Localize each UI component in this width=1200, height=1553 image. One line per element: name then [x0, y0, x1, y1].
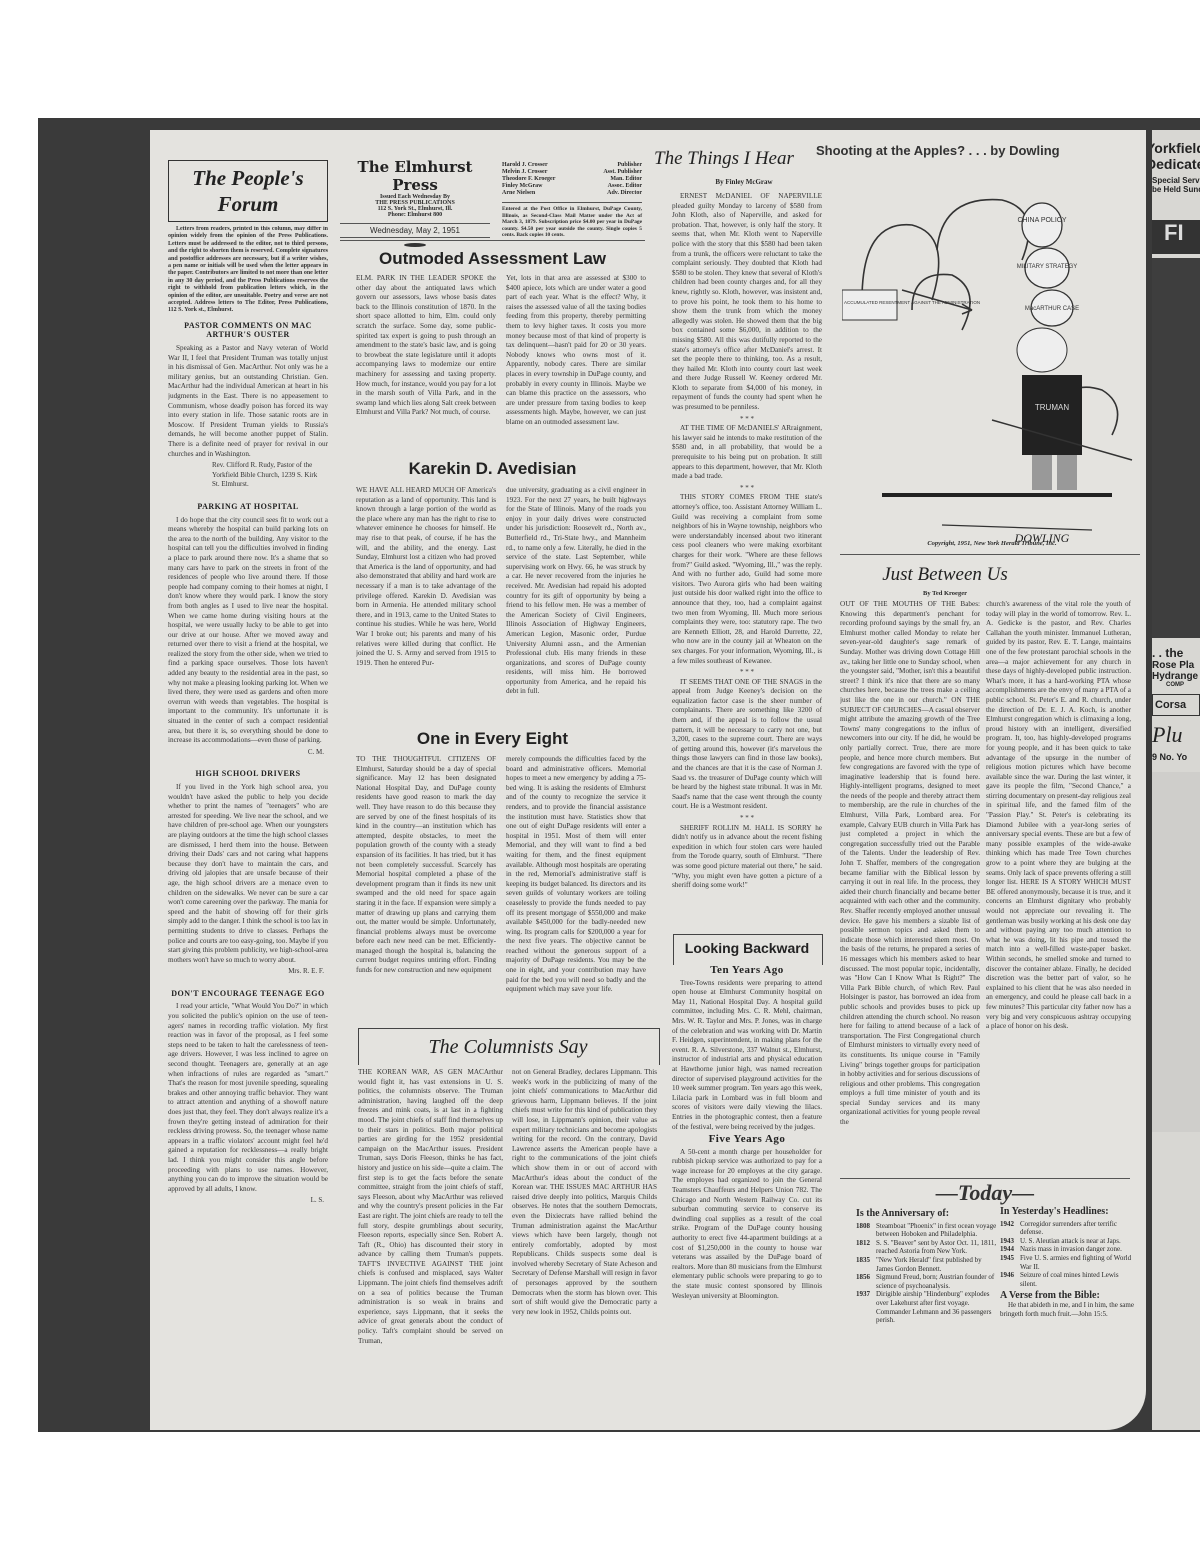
strip-ad-line: Rose Pla [1152, 660, 1200, 671]
staff-role: Publisher [617, 162, 642, 169]
headline-text: Nazis mass in invasion danger zone. [1020, 1245, 1122, 1254]
headlines-heading: In Yesterday's Headlines: [1000, 1208, 1135, 1217]
year: 1944 [1000, 1245, 1020, 1254]
things-i-hear-part5: SHERIFF ROLLIN M. HALL IS SORRY he didn'… [672, 824, 822, 891]
strip-photo [1152, 258, 1200, 638]
ten-years-body: Tree-Towns residents were preparing to a… [672, 979, 822, 1133]
cartoon-title: Shooting at the Apples? . . . by Dowling [816, 143, 1146, 158]
apple-label: MacARTHUR CASE [1025, 306, 1079, 312]
letter-signature: Mrs. R. E. F. [172, 967, 324, 977]
peoples-forum-title: The People's Forum [169, 161, 327, 221]
columnists-column: not on General Bradley, declares Lippman… [512, 1068, 657, 1423]
masthead: The Elmhurst Press Issued Each Wednesday… [340, 158, 490, 252]
things-i-hear-part4: IT SEEMS THAT ONE OF THE SNAGS in the ap… [672, 678, 822, 812]
staff-name: Finley McGraw [502, 183, 543, 190]
sign-label: ACCUMULATED RESENTMENT AGAINST THE ADMIN… [844, 300, 980, 305]
letter-signature: C. M. [172, 748, 324, 758]
letter-heading: PARKING AT HOSPITAL [168, 502, 328, 512]
masthead-date: Wednesday, May 2, 1951 [340, 226, 490, 235]
strip-headline: Yorkfield Ch [1152, 140, 1200, 156]
year: 1946 [1000, 1271, 1020, 1288]
staff-role: Adv. Director [607, 190, 642, 197]
just-between-us-byline: By Ted Kroeger [840, 590, 1050, 597]
event-text: Steamboat "Phoenix" in first ocean voyag… [876, 1222, 998, 1239]
verse-text: He that abideth in me, and I in him, the… [1000, 1301, 1135, 1318]
editorial-column: ELM. PARK IN THE LEADER SPOKE the other … [356, 274, 496, 454]
adjacent-page-strip: Yorkfield Ch Dedicate Ch Special Servic … [1152, 130, 1200, 1430]
masthead-phone: Phone: Elmhurst 800 [340, 212, 490, 218]
headlines-section: In Yesterday's Headlines: 1942Corregidor… [1000, 1208, 1135, 1318]
editorial-title: One in Every Eight [340, 729, 645, 749]
event-text: Sigmund Freud, born; Austrian founder of… [876, 1273, 998, 1290]
staff-role: Man. Editor [610, 176, 642, 183]
peoples-forum-column: Letters from readers, printed in this co… [168, 226, 328, 1416]
anniversary-heading: Is the Anniversary of: [856, 1210, 998, 1219]
staff-name: Arne Nielsen [502, 190, 535, 197]
year: 1856 [856, 1273, 876, 1290]
strip-ad-line: COMP [1166, 682, 1200, 688]
editorial-column: merely compounds the difficulties faced … [506, 755, 646, 1015]
apple-label: MILITARY STRATEGY [1017, 264, 1078, 270]
staff-role: Assoc. Editor [608, 183, 642, 190]
event-text: Dirigible airship "Hindenburg" explodes … [876, 1290, 998, 1324]
year: 1835 [856, 1256, 876, 1273]
just-between-us-column: OUT OF THE MOUTHS OF THE Babes: Knowing … [840, 600, 980, 1130]
looking-backward-column: Ten Years Ago Tree-Towns residents were … [672, 966, 822, 1386]
event-text: S. S. "Beaver" sent by Astor Oct. 11, 18… [876, 1239, 998, 1256]
strip-lower-ad [1152, 772, 1200, 1132]
headline-text: Five U. S. armies end fighting of World … [1020, 1254, 1135, 1271]
strip-ad-line: Corsa [1152, 694, 1200, 716]
editorial-title: Karekin D. Avedisian [340, 459, 645, 479]
letter-heading: DON'T ENCOURAGE TEENAGE EGO [168, 989, 328, 999]
masthead-rule [340, 240, 645, 241]
five-years-body: A 50-cent a month charge per householder… [672, 1148, 822, 1302]
staff-name: Theodore F. Kroeger [502, 176, 555, 183]
ten-years-heading: Ten Years Ago [672, 966, 822, 976]
columnists-column: THE KOREAN WAR, AS GEN MACArthur would f… [358, 1068, 503, 1423]
things-i-hear-part2: AT THE TIME OF McDANIELS' ARraignment, h… [672, 424, 822, 482]
strip-ad-line: 9 No. Yo [1152, 752, 1200, 762]
editorial-cartoon: CHINA POLICY MILITARY STRATEGY MacARTHUR… [842, 180, 1142, 550]
editorial-column: WE HAVE ALL HEARD MUCH OF America's repu… [356, 486, 496, 708]
letter-heading: PASTOR COMMENTS ON MAC ARTHUR'S OUSTER [168, 321, 328, 340]
headline-text: Corregidor surrenders after terrific def… [1020, 1220, 1135, 1237]
year: 1943 [1000, 1237, 1020, 1246]
things-i-hear-title: The Things I Hear [654, 148, 834, 170]
year: 1812 [856, 1239, 876, 1256]
staff-name: Melvin J. Crosser [502, 169, 547, 176]
strip-ad-banner: FI [1152, 220, 1200, 254]
letter-body: Speaking as a Pastor and Navy veteran of… [168, 344, 328, 459]
year: 1945 [1000, 1254, 1020, 1271]
letter-heading: HIGH SCHOOL DRIVERS [168, 769, 328, 779]
things-i-hear-part3: THIS STORY COMES FROM THE state's attorn… [672, 493, 822, 666]
figure-label: TRUMAN [1035, 403, 1069, 412]
just-between-us-title: Just Between Us [840, 564, 1050, 586]
apple-label: CHINA POLICY [1017, 217, 1066, 224]
letter-signature: L. S. [172, 1196, 324, 1206]
year: 1937 [856, 1290, 876, 1324]
strip-ad-line: Hydrange [1152, 671, 1200, 682]
staff-role: Asst. Publisher [603, 169, 642, 176]
cartoon-rule [840, 554, 1140, 555]
strip-headline: Dedicate Ch [1152, 156, 1200, 172]
things-i-hear-byline: By Finley McGraw [654, 178, 834, 186]
strip-subhead: Special Servic be Held Sund [1152, 176, 1200, 194]
anniversary-section: Is the Anniversary of: 1808Steamboat "Ph… [856, 1210, 998, 1325]
things-i-hear-body: ERNEST McDANIEL OF NAPERVILLE pleaded gu… [672, 192, 822, 413]
things-i-hear-column: ERNEST McDANIEL OF NAPERVILLE pleaded gu… [672, 192, 822, 932]
strip-ad-line: . . the [1152, 646, 1200, 660]
verse-heading: A Verse from the Bible: [1000, 1292, 1135, 1301]
editorial-column: Yet, lots in that area are assessed at $… [506, 274, 646, 454]
editorial-column: due university, graduating as a civil en… [506, 486, 646, 708]
year: 1808 [856, 1222, 876, 1239]
today-rule [840, 1178, 1130, 1179]
editorial-title: Outmoded Assessment Law [340, 249, 645, 269]
forum-intro: Letters from readers, printed in this co… [168, 226, 328, 315]
columnists-title: The Columnists Say [358, 1036, 658, 1059]
five-years-heading: Five Years Ago [672, 1135, 822, 1145]
letter-signature: Rev. Clifford R. Rudy, Pastor of the Yor… [172, 461, 324, 490]
letter-body: I read your article, "What Would You Do?… [168, 1002, 328, 1194]
letter-body: If you lived in the York high school are… [168, 783, 328, 965]
event-text: "New York Herald" first published by Jam… [876, 1256, 998, 1273]
peoples-forum-title-box: The People's Forum [168, 160, 328, 222]
year: 1942 [1000, 1220, 1020, 1237]
headline-text: U. S. Aleutian attack is near at Japs. [1020, 1237, 1121, 1246]
looking-backward-title: Looking Backward [673, 940, 821, 956]
today-title: —Today— [840, 1180, 1130, 1206]
editorial-column: TO THE THOUGHTFUL CITIZENS OF Elmhurst, … [356, 755, 496, 1015]
postal-notice: Entered at the Post Office in Elmhurst, … [502, 202, 642, 239]
headline-text: Seizure of coal mines hinted Lewis silen… [1020, 1271, 1135, 1288]
masthead-staff: Harold J. CrosserPublisher Melvin J. Cro… [502, 162, 642, 239]
letter-body: I do hope that the city council sees fit… [168, 516, 328, 746]
masthead-title: The Elmhurst Press [340, 158, 490, 194]
cartoon-copyright: Copyright, 1951, New York Herald Tribune… [842, 540, 1142, 547]
masthead-ornament [404, 243, 426, 247]
staff-name: Harold J. Crosser [502, 162, 548, 169]
strip-ad-line: Plu [1152, 722, 1200, 748]
just-between-us-column: church's awareness of the vital role the… [986, 600, 1131, 1130]
